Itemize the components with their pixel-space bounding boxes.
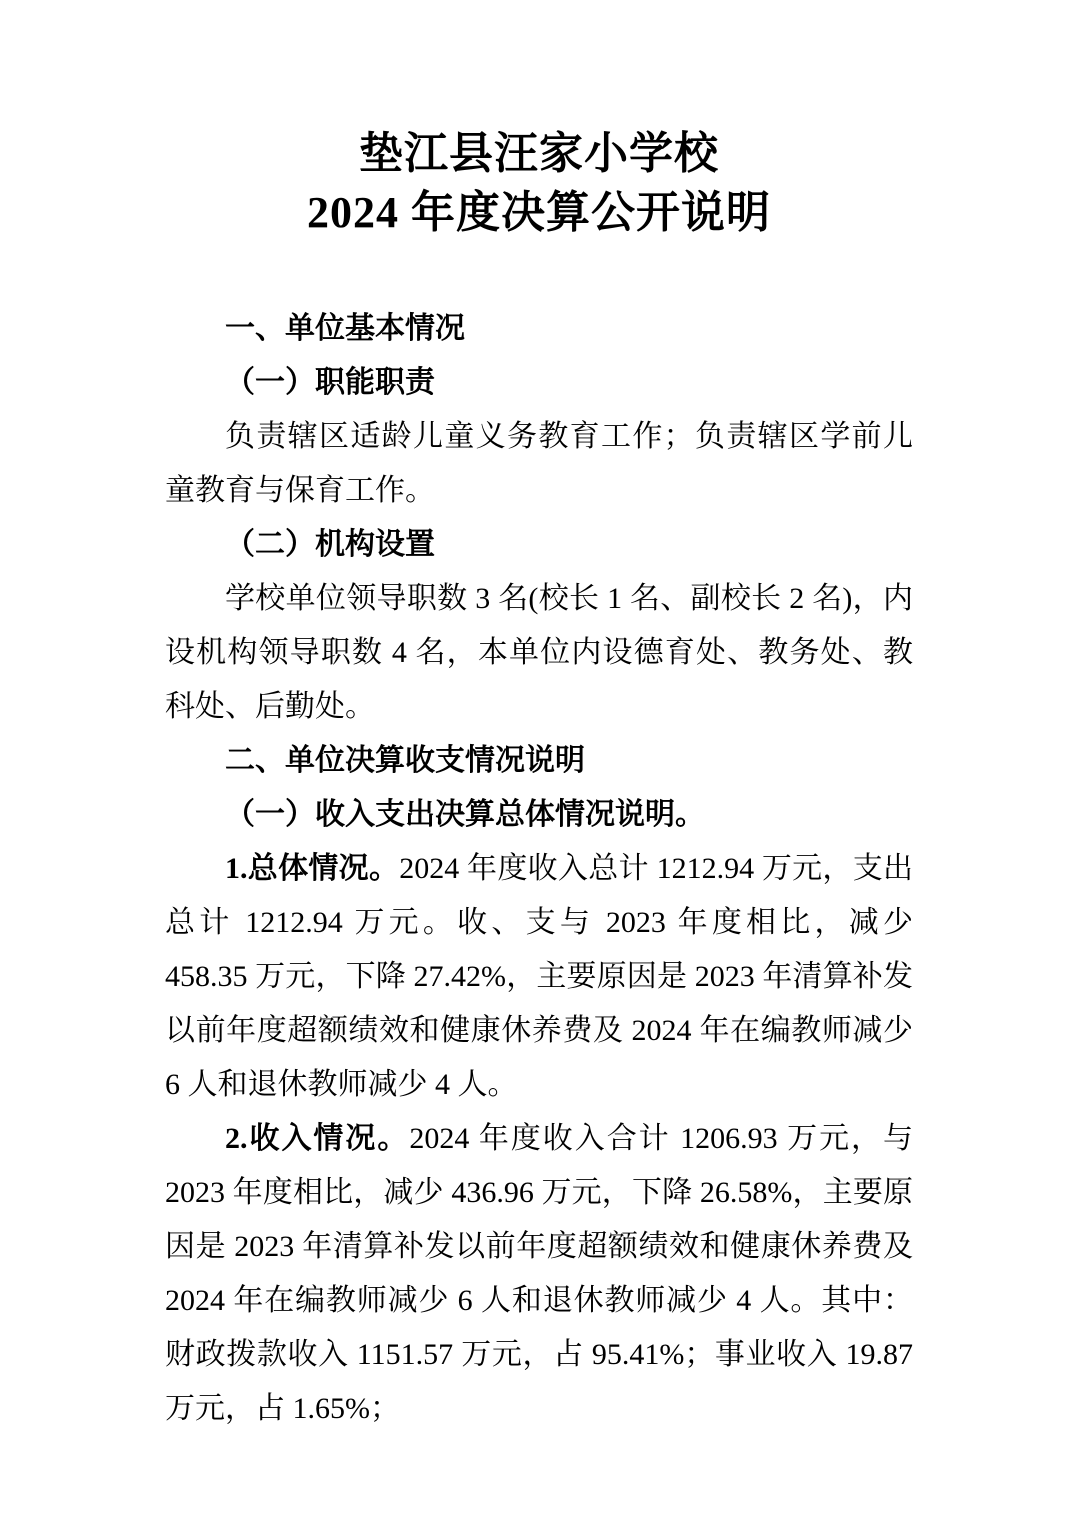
paragraph-overall-situation: 1.总体情况。2024 年度收入总计 1212.94 万元，支出总计 1212.…: [165, 842, 913, 1112]
document-page: 垫江县汪家小学校 2024 年度决算公开说明 一、单位基本情况 （一）职能职责 …: [0, 0, 1075, 1520]
paragraph-org-structure: 学校单位领导职数 3 名(校长 1 名、副校长 2 名)，内设机构领导职数 4 …: [165, 572, 913, 734]
paragraph-income-situation-lead: 2.收入情况。: [225, 1122, 409, 1155]
paragraph-overall-situation-text: 2024 年度收入总计 1212.94 万元，支出总计 1212.94 万元。收…: [165, 852, 913, 1101]
section-heading-budget-statement: 二、单位决算收支情况说明: [165, 734, 913, 788]
paragraph-duties: 负责辖区适龄儿童义务教育工作；负责辖区学前儿童教育与保育工作。: [165, 410, 913, 518]
document-title-line-1: 垫江县汪家小学校: [165, 124, 913, 183]
document-title: 垫江县汪家小学校 2024 年度决算公开说明: [165, 124, 913, 242]
paragraph-overall-situation-lead: 1.总体情况。: [225, 852, 399, 885]
document-body: 一、单位基本情况 （一）职能职责 负责辖区适龄儿童义务教育工作；负责辖区学前儿童…: [165, 302, 913, 1436]
section-heading-basic-info: 一、单位基本情况: [165, 302, 913, 356]
subsection-heading-duties: （一）职能职责: [165, 356, 913, 410]
paragraph-income-situation: 2.收入情况。2024 年度收入合计 1206.93 万元，与 2023 年度相…: [165, 1112, 913, 1436]
subsection-heading-overall-statement: （一）收入支出决算总体情况说明。: [165, 788, 913, 842]
paragraph-income-situation-text: 2024 年度收入合计 1206.93 万元，与 2023 年度相比，减少 43…: [165, 1122, 913, 1425]
document-title-line-2: 2024 年度决算公开说明: [165, 183, 913, 242]
subsection-heading-org-structure: （二）机构设置: [165, 518, 913, 572]
document-content: 垫江县汪家小学校 2024 年度决算公开说明 一、单位基本情况 （一）职能职责 …: [0, 0, 1075, 1436]
